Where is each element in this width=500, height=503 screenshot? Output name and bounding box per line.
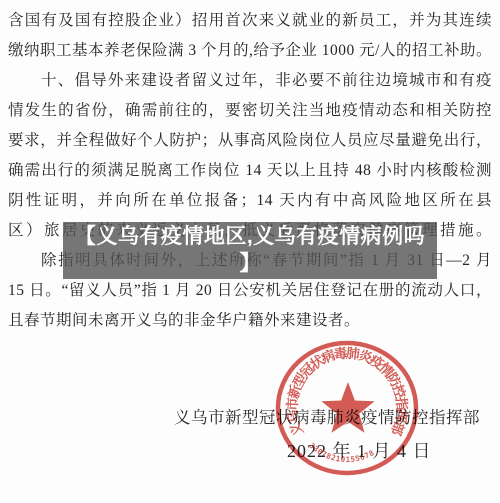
document-page: 含国有及国有控股企业）招用首次来义就业的新员工，并为其连续缴纳职工基本养老保险满… (0, 0, 500, 503)
watermark-text-line1: 【义乌有疫情地区,义乌有疫情病例吗 (75, 222, 425, 251)
watermark-overlay: 【义乌有疫情地区,义乌有疫情病例吗 】 (63, 222, 437, 279)
watermark-text-line2: 】 (240, 251, 261, 277)
document-line: 15 日。“留义人员”指 1 月 20 日公安机关居住登记在册的流动人口， (8, 276, 492, 306)
document-line: 确需出行的须满足脱离工作岗位 14 天以上且持 48 小时内核酸检测 (8, 156, 492, 186)
official-stamp-icon: 义乌市新型冠状病毒肺炎疫情防控指挥部 33078210155678 (271, 336, 423, 482)
document-line: 十、倡导外来建设者留义过年，非必要不前往边境城市和有疫 (8, 66, 492, 96)
document-line: 要求，并全程做好个人防护；从事高风险岗位人员应尽量避免出行， (8, 126, 492, 156)
document-line: 缴纳职工基本养老保险满 3 个月的,给予企业 1000 元/人的招工补助。 (8, 36, 492, 66)
document-line: 且春节期间未离开义乌的非金华户籍外来建设者。 (8, 306, 492, 336)
document-line: 情发生的省份，确需前往的，要密切关注当地疫情动态和相关防控 (8, 96, 492, 126)
document-line: 阴性证明，并向所在单位报备；14 天内有中高风险地区所在县（市、 (8, 186, 492, 216)
stamp-star-icon (321, 382, 374, 433)
document-line: 含国有及国有控股企业）招用首次来义就业的新员工，并为其连续 (8, 6, 492, 36)
document-body: 含国有及国有控股企业）招用首次来义就业的新员工，并为其连续缴纳职工基本养老保险满… (8, 6, 492, 336)
stamp-serial-number: 33078210155678 (307, 441, 376, 464)
svg-text:33078210155678: 33078210155678 (307, 441, 376, 464)
